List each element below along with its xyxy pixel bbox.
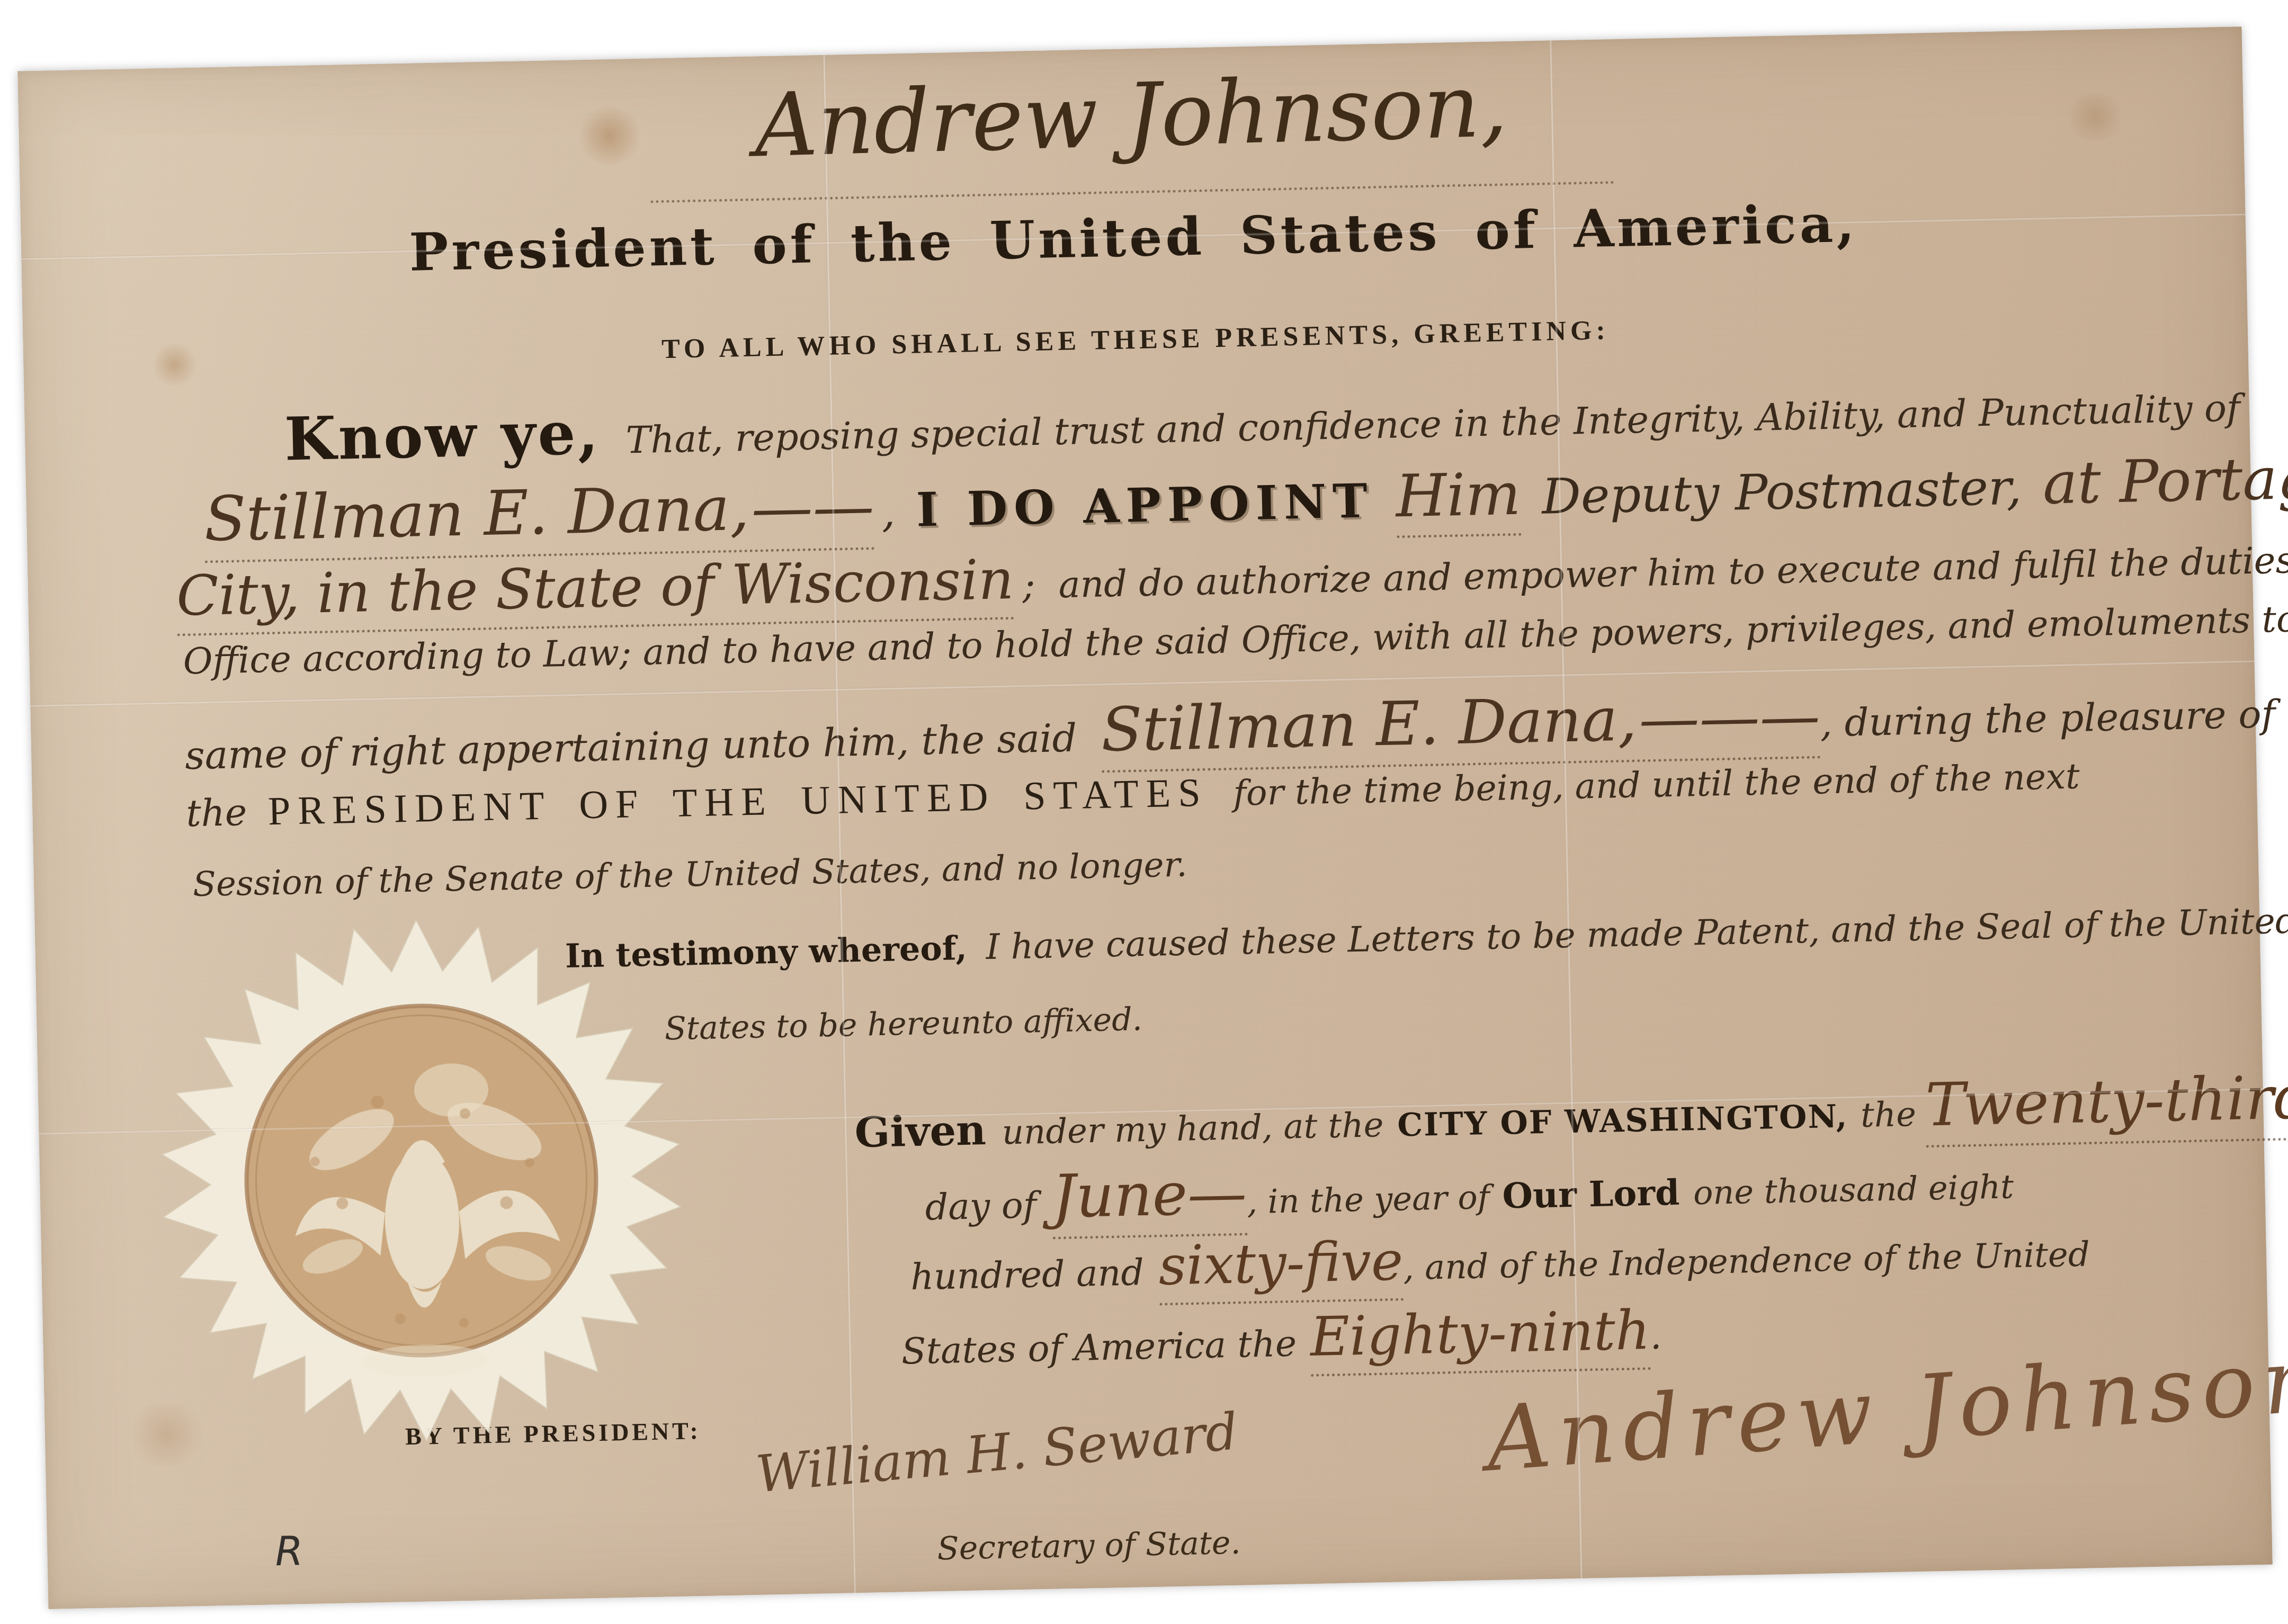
- him-word: Him: [1395, 460, 1521, 539]
- greeting-text: TO ALL WHO SHALL SEE THESE PRESENTS, GRE…: [662, 315, 1610, 365]
- line5-script-a: same of right appertaining unto him, the…: [184, 716, 1077, 779]
- secretary-of-state-text: Secretary of State.: [937, 1524, 1241, 1567]
- president-name-line: Andrew Johnson,: [18, 42, 2244, 189]
- year-hand: sixty-five: [1158, 1230, 1404, 1305]
- office-title: Deputy Postmaster,: [1541, 459, 2022, 525]
- greeting-line: TO ALL WHO SHALL SEE THESE PRESENTS, GRE…: [23, 302, 2248, 378]
- given-script-3a: hundred and: [910, 1252, 1145, 1298]
- given-script-2b: , in the year of: [1247, 1178, 1490, 1221]
- line7-script: Session of the Senate of the United Stat…: [192, 845, 1187, 904]
- document-photo: Andrew Johnson, President of the United …: [0, 0, 2288, 1624]
- appointee-name-2-underlined: Stillman E. Dana, ———: [1101, 680, 1821, 773]
- testimony-script-2: States to be hereunto affixed.: [664, 1001, 1142, 1047]
- line6-the: the: [186, 791, 247, 835]
- line5-script-b: , during the pleasure of: [1820, 692, 2276, 745]
- independence-hand: Eighty-ninth: [1310, 1299, 1651, 1377]
- seward-signature: William H. Seward: [754, 1402, 1240, 1504]
- given-word: Given: [854, 1106, 987, 1157]
- given-period: .: [1650, 1316, 1662, 1358]
- appointee-name-2: Stillman E. Dana,: [1101, 684, 1638, 765]
- secretary-of-state-line: Secretary of State.: [937, 1524, 1241, 1567]
- line3-script: and do authorize and empower him to exec…: [1058, 536, 2288, 606]
- vertical-fold-crease: [823, 55, 856, 1593]
- know-ye-text: Know ye,: [284, 399, 601, 474]
- appointee-name-underlined: Stillman E. Dana, ——: [203, 470, 875, 563]
- testimony-script-1: I have caused these Letters to be made P…: [986, 900, 2288, 967]
- appointment-certificate-paper: Andrew Johnson, President of the United …: [17, 26, 2272, 1609]
- president-name-script: Andrew Johnson,: [753, 55, 1509, 176]
- month-hand: June—: [1051, 1159, 1247, 1239]
- semicolon: ;: [1022, 562, 1035, 607]
- given-line-4: States of America the Eighty-ninth .: [901, 1299, 1663, 1385]
- registry-mark: R: [275, 1527, 304, 1575]
- name-underline-rule: [650, 181, 1614, 203]
- name-dash: ——: [750, 470, 875, 544]
- presidential-seal: [151, 911, 692, 1453]
- given-script-3b: , and of the Independence of the United: [1403, 1235, 2090, 1288]
- appointee-name: Stillman E. Dana,: [203, 473, 750, 555]
- day-hand: Twenty-third: [1925, 1063, 2288, 1148]
- name-dash-2: ———: [1638, 680, 1821, 754]
- city-of-washington: CITY OF WASHINGTON,: [1397, 1098, 1848, 1144]
- title-text: President of the United States of Americ…: [409, 193, 1858, 283]
- comma: ,: [881, 487, 896, 536]
- at-place: at Portage-: [2042, 443, 2288, 517]
- given-script-1: under my hand, at the: [1002, 1106, 1384, 1152]
- testimony-line-1: In testimony whereof, I have caused thes…: [565, 900, 2288, 976]
- appoint-caps: I DO APPOINT: [916, 473, 1374, 537]
- given-script-2c: one thousand eight: [1693, 1167, 2014, 1212]
- our-lord: Our Lord: [1502, 1172, 1680, 1217]
- title-line: President of the United States of Americ…: [21, 185, 2246, 291]
- given-script-2a: day of: [925, 1185, 1037, 1228]
- body-line-7: Session of the Senate of the United Stat…: [192, 845, 1187, 904]
- seal-svg: [151, 911, 692, 1451]
- testimony-line-2: States to be hereunto affixed.: [664, 1001, 1142, 1047]
- given-script-4a: States of America the: [901, 1323, 1297, 1372]
- given-the: the: [1860, 1095, 1916, 1135]
